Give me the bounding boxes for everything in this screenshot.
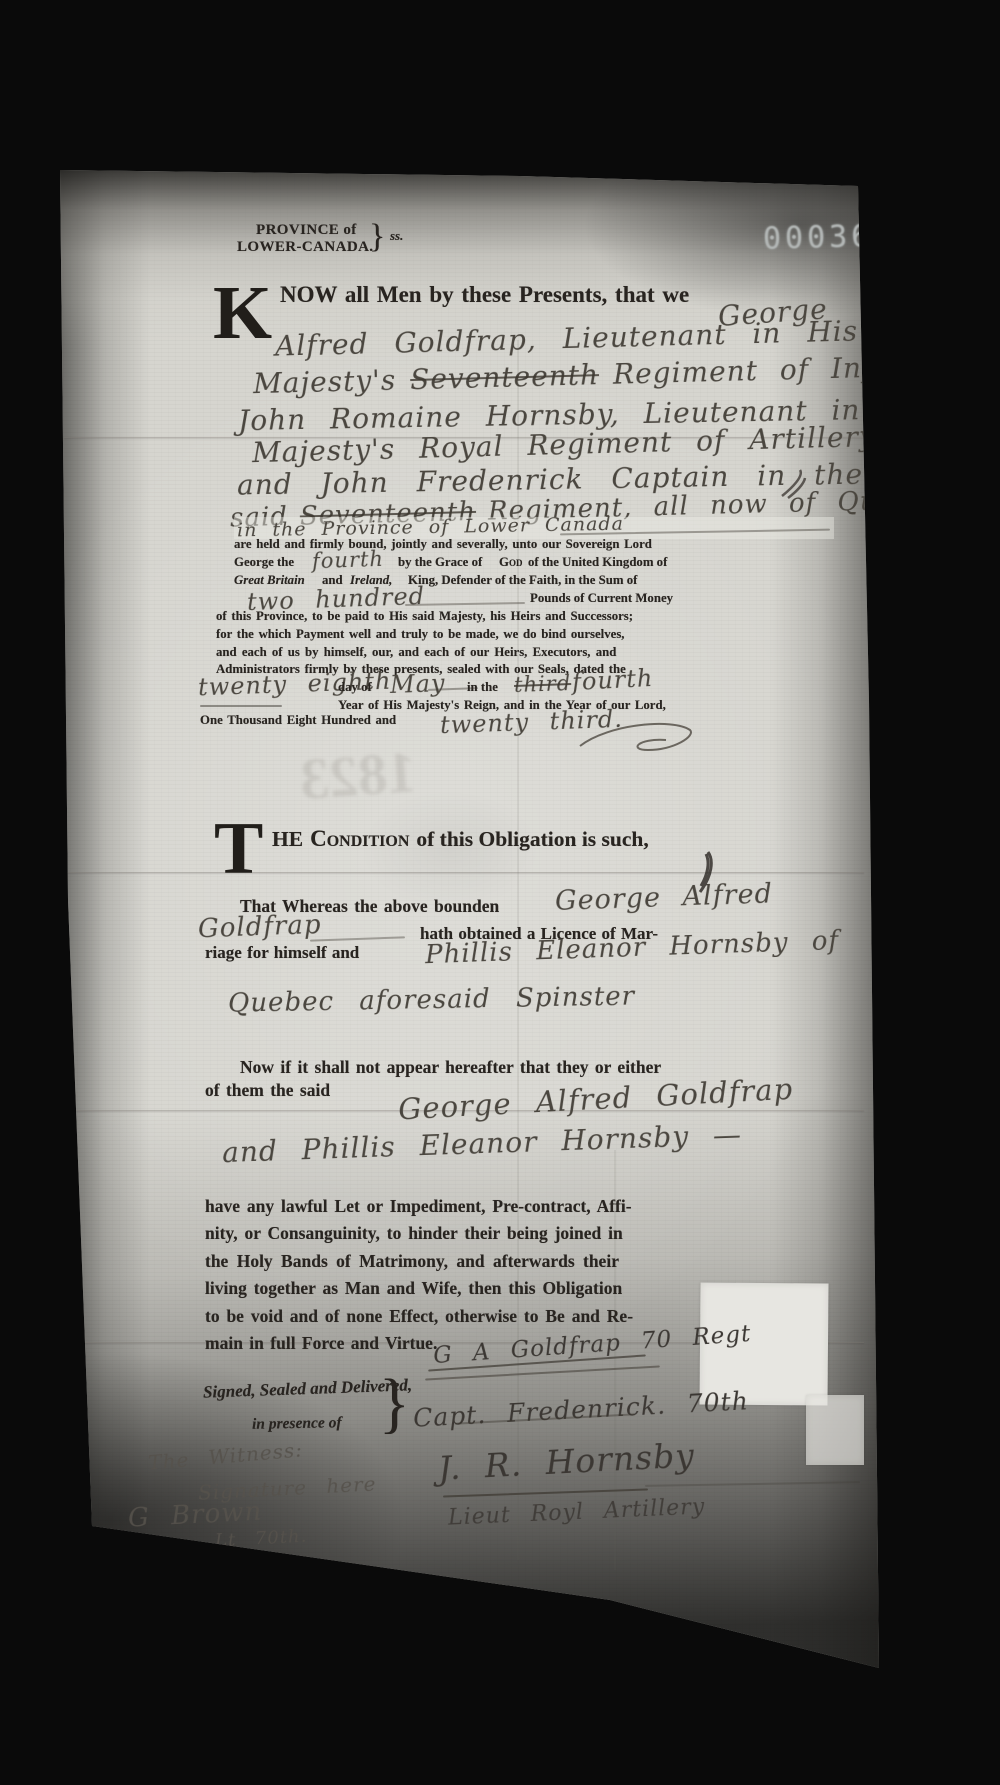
paper-sheet: 000360 PROVINCE of LOWER-CANADA. } ss. K… (0, 0, 1000, 1785)
condition-heading: HE Condition of this Obligation is such, (272, 826, 649, 852)
witness-rank: Lt 70th. (215, 1526, 308, 1552)
bond-line2-god: God (499, 555, 522, 570)
condition-heading-pre: HE (272, 827, 303, 852)
penalty-line5: to be void and of none Effect, otherwise… (205, 1306, 633, 1327)
attestation-brace: } (379, 1364, 410, 1442)
signature-underline-extension (645, 1481, 860, 1487)
penalty-line3: the Holy Bands of Matrimony, and afterwa… (205, 1251, 619, 1272)
hw-whereas-name: George Alfred (555, 878, 774, 917)
hw-party-line2-post: Regiment of Infantry (613, 349, 954, 391)
paper-patch (806, 1395, 864, 1465)
signature-hornsby-rank: Lieut Royl Artillery (448, 1494, 706, 1530)
penalty-line6: main in full Force and Virtue. (205, 1333, 437, 1354)
signature-hornsby: J. R. Hornsby (437, 1435, 696, 1487)
bond-line2-mid2: of the United Kingdom of (528, 555, 667, 570)
ghost-year-offset: 1823 (298, 738, 418, 813)
bond-line2-mid1: by the Grace of (398, 555, 482, 570)
bond-inthe-label: in the (467, 680, 498, 695)
header-brace: } (369, 218, 385, 256)
now-clause-line1: Now if it shall not appear hereafter tha… (240, 1057, 661, 1078)
bond-line3-rest: King, Defender of the Faith, in the Sum … (408, 573, 637, 588)
penalty-line4: living together as Man and Wife, then th… (205, 1278, 622, 1299)
attestation-line2: in presence of (252, 1414, 342, 1434)
serial-number-stamp: 000360 (763, 218, 896, 256)
header-province-line1: PROVINCE of (256, 222, 357, 239)
hw-party-line2-pre: Majesty's (253, 363, 397, 400)
opening-line: NOW all Men by these Presents, that we (280, 282, 689, 308)
header-province-line2: LOWER-CANADA. (237, 239, 373, 256)
hw-flourish-stroke (310, 936, 405, 941)
bond-line11: One Thousand Eight Hundred and (200, 713, 396, 728)
condition-heading-smallcaps: Condition (310, 826, 409, 852)
penalty-line2: nity, or Consanguinity, to hinder their … (205, 1223, 623, 1244)
bond-hw-month: May (390, 669, 446, 699)
witness-note-line1: The Witness: (147, 1437, 304, 1474)
blank-fill-line (200, 705, 282, 707)
condition-heading-post: of this Obligation is such, (416, 827, 648, 852)
stray-ink-mark (778, 468, 808, 502)
bond-dayof-label: day of (338, 680, 372, 695)
penalty-line1: have any lawful Let or Impediment, Pre-c… (205, 1196, 632, 1217)
header-ss-label: ss. (390, 228, 403, 244)
bond-line2-pre: George the (234, 555, 294, 570)
riage-line: riage for himself and (205, 943, 359, 963)
hw-party-line2-struck: Seventeenth (410, 358, 600, 396)
scanned-document-page: 000360 PROVINCE of LOWER-CANADA. } ss. K… (0, 0, 1000, 1785)
now-clause-line2: of them the said (205, 1080, 330, 1101)
bond-line7: and each of us by himself, our, and each… (216, 645, 616, 660)
hw-bride-residence: Quebec aforesaid Spinster (228, 981, 636, 1018)
bond-line6: for the which Payment well and truly to … (216, 627, 625, 642)
bond-hw-struck-third: third (514, 671, 572, 697)
bond-line1: are held and firmly bound, jointly and s… (234, 537, 652, 552)
signature-fredenrick: Capt. Fredenrick. 70th (412, 1386, 749, 1433)
signature-underline (443, 1488, 648, 1497)
bond-hw-reign-year: fourth (571, 664, 654, 696)
dropcap-k: K (213, 281, 272, 346)
ink-flourish-swirl (578, 716, 698, 762)
hw-couple-names: and Phillis Eleanor Hornsby — (222, 1118, 743, 1169)
bond-line5: of this Province, to be paid to His said… (216, 609, 633, 624)
bond-line4-rest: Pounds of Current Money (530, 591, 673, 606)
bond-line2-hw-fourth: fourth (312, 547, 385, 573)
hw-groom-surname: Goldfrap (198, 910, 323, 944)
dropcap-t: T (214, 818, 263, 881)
